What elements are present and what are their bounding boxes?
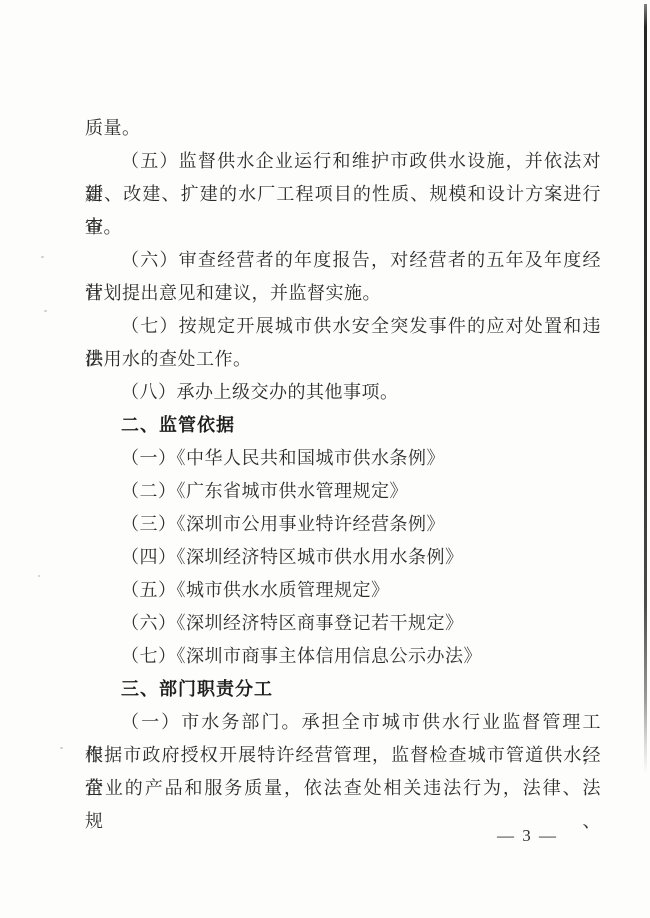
text-line: （八）承办上级交办的其他事项。 <box>85 376 601 409</box>
scan-edge-artifact <box>644 4 647 774</box>
page-text: 质量。 （五）监督供水企业运行和维护市政供水设施，并依法对新 建、改建、扩建的水… <box>85 112 601 805</box>
text-line: 查。 <box>85 211 601 244</box>
text-line: 建、改建、扩建的水厂工程项目的性质、规模和设计方案进行审 <box>85 178 601 211</box>
text-line: 根据市政府授权开展特许经营管理，监督检查城市管道供水经营 <box>85 739 601 772</box>
text-line: 质量。 <box>85 112 601 145</box>
list-item-regulation: （五）《城市供水水质管理规定》 <box>85 574 601 607</box>
section-heading-supervision-basis: 二、监管依据 <box>85 409 601 442</box>
text-line: 供用水的查处工作。 <box>85 343 601 376</box>
text-line: （五）监督供水企业运行和维护市政供水设施，并依法对新 <box>85 145 601 178</box>
scanned-document-page: 质量。 （五）监督供水企业运行和维护市政供水设施，并依法对新 建、改建、扩建的水… <box>0 0 650 918</box>
list-item-regulation: （七）《深圳市商事主体信用信息公示办法》 <box>85 640 601 673</box>
text-line: （七）按规定开展城市供水安全突发事件的应对处置和违法 <box>85 310 601 343</box>
scan-speck <box>44 310 47 312</box>
page-number: — 3 — <box>497 826 558 846</box>
text-line: 企业的产品和服务质量，依法查处相关违法行为，法律、法规、 <box>85 772 601 805</box>
list-item-regulation: （三）《深圳市公用事业特许经营条例》 <box>85 508 601 541</box>
list-item-regulation: （六）《深圳经济特区商事登记若干规定》 <box>85 607 601 640</box>
list-item-regulation: （四）《深圳经济特区城市供水用水条例》 <box>85 541 601 574</box>
text-line: （六）审查经营者的年度报告，对经营者的五年及年度经营 <box>85 244 601 277</box>
scan-speck <box>60 747 63 749</box>
list-item-regulation: （一）《中华人民共和国城市供水条例》 <box>85 442 601 475</box>
text-line: （一）市水务部门。承担全市城市供水行业监督管理工作， <box>85 706 601 739</box>
list-item-regulation: （二）《广东省城市供水管理规定》 <box>85 475 601 508</box>
section-heading-department-duties: 三、部门职责分工 <box>85 673 601 706</box>
text-line: 计划提出意见和建议，并监督实施。 <box>85 277 601 310</box>
scan-speck <box>41 256 44 258</box>
scan-speck <box>38 575 40 577</box>
